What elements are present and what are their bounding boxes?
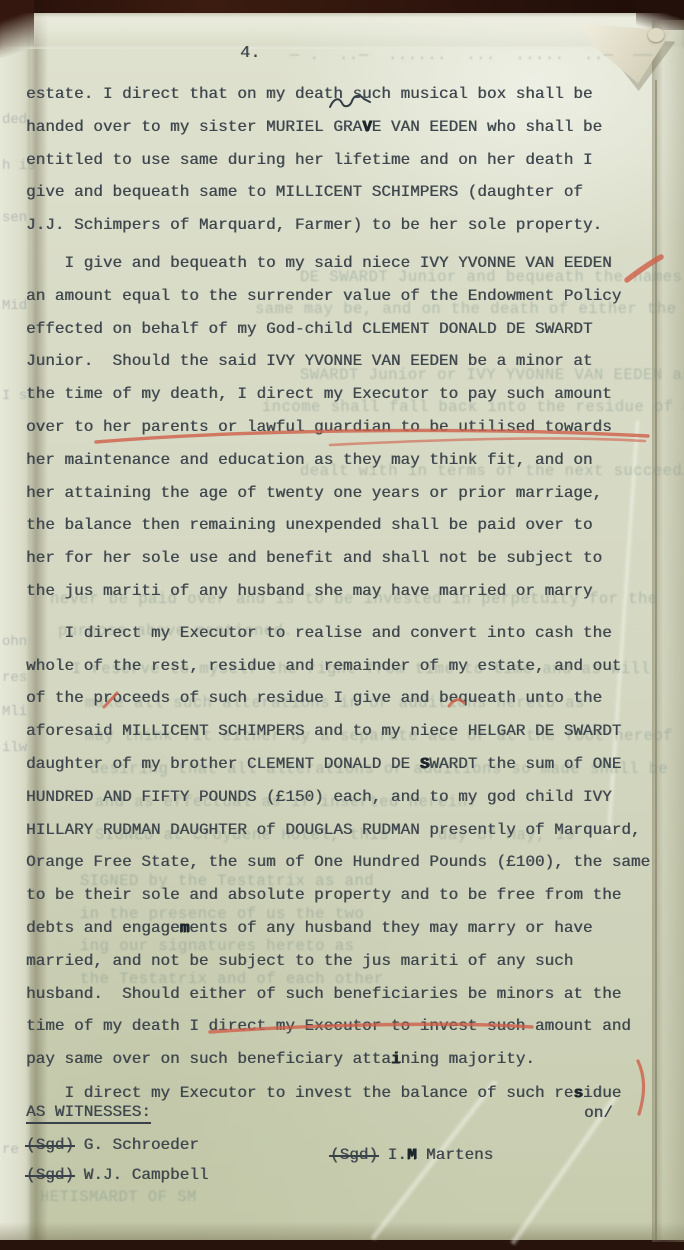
text-line: Orange Free State, the sum of One Hundre…	[26, 846, 678, 879]
text-line: to be their sole and absolute property a…	[26, 879, 678, 912]
overstrike-correction: V	[362, 118, 372, 136]
margin-bleedthrough-fragment: Mid	[2, 298, 27, 314]
margin-bleedthrough-fragment: re	[2, 1142, 19, 1158]
text-line: J.J. Schimpers of Marquard, Farmer) to b…	[26, 209, 678, 242]
overstrike-correction: M	[407, 1146, 417, 1164]
witness-signature: (Sgd) I.M Martens	[330, 1146, 493, 1164]
text-line: the jus mariti of any husband she may ha…	[26, 575, 678, 608]
text-line: time of my death I direct my Executor to…	[26, 1010, 678, 1043]
text-line: Junior. Should the said IVY YVONNE VAN E…	[26, 345, 678, 378]
struck-text: (Sgd)	[330, 1146, 378, 1164]
witness-signature: (Sgd) W.J. Campbell	[26, 1166, 208, 1184]
text-line: aforesaid MILLICENT SCHIMPERS and to my …	[26, 715, 678, 748]
text-line: the time of my death, I direct my Execut…	[26, 378, 678, 411]
text-line: her attaining the age of twenty one year…	[26, 477, 678, 510]
text-line: an amount equal to the surrender value o…	[26, 280, 678, 313]
document-scan: { "document": { "page_number": "4.", "pa…	[0, 0, 684, 1250]
margin-bleedthrough-fragment: Mli	[2, 704, 27, 720]
text-line: I give and bequeath to my said niece IVY…	[26, 247, 678, 280]
text-line: entitled to use same during her lifetime…	[26, 144, 678, 177]
margin-bleedthrough-fragment: res	[2, 670, 27, 686]
text-line: her maintenance and education as they ma…	[26, 444, 678, 477]
overstrike-correction: s	[573, 1084, 583, 1102]
text-line: over to her parents or lawful guardian t…	[26, 411, 678, 444]
text-line: of the proceeds of such residue I give a…	[26, 682, 678, 715]
margin-bleedthrough-fragment: ded	[2, 112, 27, 128]
margin-bleedthrough-fragment: sen	[2, 210, 27, 226]
text-line: I direct my Executor to realise and conv…	[26, 617, 678, 650]
overstrike-correction: S	[420, 755, 430, 773]
text-line: husband. Should either of such beneficia…	[26, 978, 678, 1011]
text-line: HUNDRED AND FIFTY POUNDS (£150) each, an…	[26, 781, 678, 814]
bleedthrough-line: — . ..— ...... ... ..... ..— ——	[290, 46, 653, 64]
struck-text: (Sgd)	[26, 1136, 74, 1154]
margin-bleedthrough-fragment: ohn	[2, 634, 27, 650]
continuation-mark: on/	[584, 1104, 613, 1122]
text-line: the balance then remaining unexpended sh…	[26, 509, 678, 542]
bleedthrough-line: HETISMARDT OF SM	[40, 1188, 197, 1206]
text-line: handed over to my sister MURIEL GRAVE VA…	[26, 111, 678, 144]
text-line: daughter of my brother CLEMENT DONALD DE…	[26, 748, 678, 781]
text-line: give and bequeath same to MILLICENT SCHI…	[26, 176, 678, 209]
text-line: pay same over on such beneficiary attain…	[26, 1043, 678, 1076]
overstrike-correction: i	[391, 1050, 401, 1068]
text-line: HILLARY RUDMAN DAUGHTER of DOUGLAS RUDMA…	[26, 814, 678, 847]
overstrike-correction: m	[180, 919, 190, 937]
text-line: her for her sole use and benefit and sha…	[26, 542, 678, 575]
text-line: estate. I direct that on my death such m…	[26, 78, 678, 111]
text-line: married, and not be subject to the jus m…	[26, 945, 678, 978]
witnesses-heading: AS WITNESSES:	[26, 1103, 151, 1124]
text-line: effected on behalf of my God-child CLEME…	[26, 313, 678, 346]
witness-signature: (Sgd) G. Schroeder	[26, 1136, 199, 1154]
margin-bleedthrough-fragment: ilw	[2, 740, 27, 756]
page-number: 4.	[240, 44, 260, 63]
text-line: debts and engagements of any husband the…	[26, 912, 678, 945]
text-line: whole of the rest, residue and remainder…	[26, 650, 678, 683]
struck-text: (Sgd)	[26, 1166, 74, 1184]
body-text: estate. I direct that on my death such m…	[26, 78, 678, 1110]
